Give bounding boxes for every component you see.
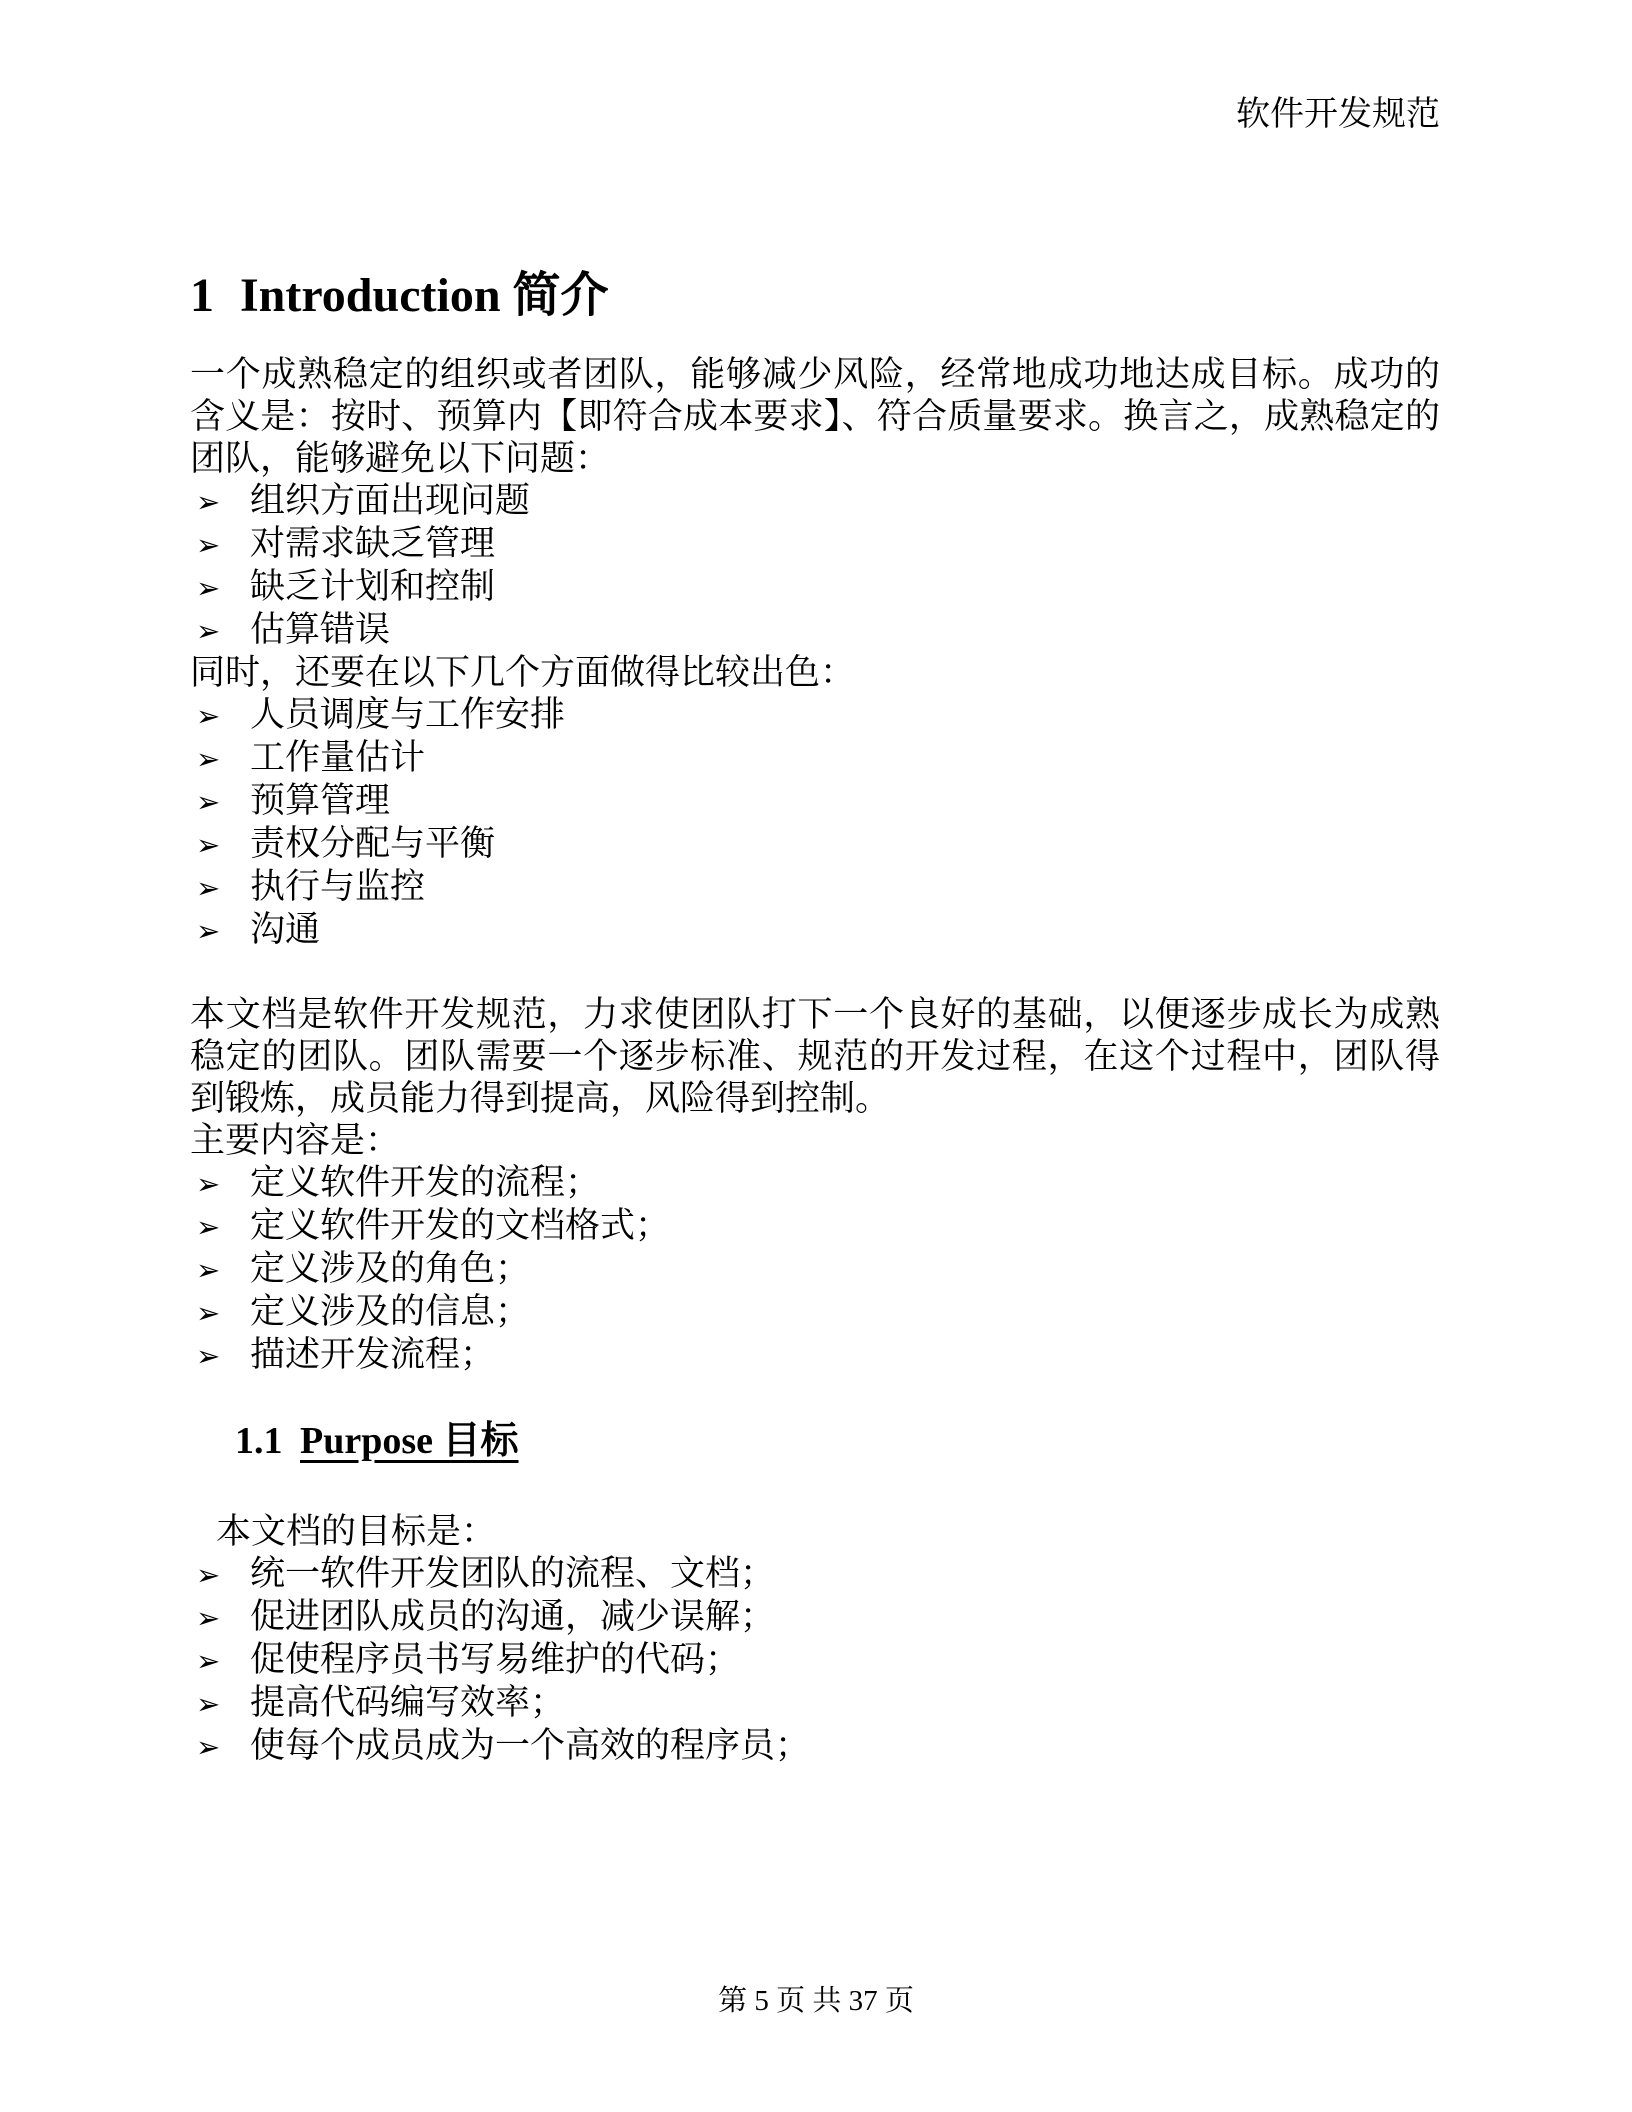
list-item-text: 统一软件开发团队的流程、文档； (250, 1553, 775, 1595)
list-item: ➢ 描述开发流程； (190, 1334, 1440, 1377)
list-item-text: 定义软件开发的文档格式； (250, 1205, 670, 1247)
list-item-text: 提高代码编写效率； (250, 1682, 565, 1724)
arrow-bullet-icon: ➢ (190, 567, 250, 609)
list-item: ➢ 对需求缺乏管理 (190, 523, 1440, 566)
arrow-bullet-icon: ➢ (190, 1554, 250, 1596)
list-item-text: 定义涉及的角色； (250, 1248, 530, 1290)
arrow-bullet-icon: ➢ (190, 610, 250, 652)
intro-also-line: 同时，还要在以下几个方面做得比较出色： (190, 652, 1440, 694)
arrow-bullet-icon: ➢ (190, 1206, 250, 1248)
contents-list: ➢ 定义软件开发的流程； ➢ 定义软件开发的文档格式； ➢ 定义涉及的角色； ➢… (190, 1162, 1440, 1377)
list-item: ➢ 缺乏计划和控制 (190, 566, 1440, 609)
list-item-text: 执行与监控 (250, 866, 425, 908)
list-item: ➢ 预算管理 (190, 780, 1440, 823)
heading2-title: Purpose 目标 (300, 1420, 519, 1462)
list-item-text: 预算管理 (250, 780, 390, 822)
list-item-text: 促使程序员书写易维护的代码； (250, 1639, 740, 1681)
list-item-text: 缺乏计划和控制 (250, 566, 495, 608)
list-item: ➢ 责权分配与平衡 (190, 823, 1440, 866)
list-item: ➢ 组织方面出现问题 (190, 480, 1440, 523)
page-number-label: 第 5 页 共 37 页 (718, 1985, 914, 2017)
section-heading-1: 1Introduction 简介 (190, 268, 1440, 324)
list-item-text: 估算错误 (250, 609, 390, 651)
list-item: ➢ 统一软件开发团队的流程、文档； (190, 1553, 1440, 1596)
arrow-bullet-icon: ➢ (190, 1292, 250, 1334)
list-item-text: 沟通 (250, 909, 320, 951)
list-item: ➢ 使每个成员成为一个高效的程序员； (190, 1725, 1440, 1768)
goals-list: ➢ 统一软件开发团队的流程、文档； ➢ 促进团队成员的沟通，减少误解； ➢ 促使… (190, 1553, 1440, 1768)
list-item: ➢ 定义涉及的信息； (190, 1291, 1440, 1334)
list-item: ➢ 定义涉及的角色； (190, 1248, 1440, 1291)
list-item: ➢ 促使程序员书写易维护的代码； (190, 1639, 1440, 1682)
list-item-text: 使每个成员成为一个高效的程序员； (250, 1725, 810, 1767)
list-item-text: 定义涉及的信息； (250, 1291, 530, 1333)
arrow-bullet-icon: ➢ (190, 1335, 250, 1377)
purpose-lead-line: 本文档的目标是： (190, 1511, 1440, 1553)
arrow-bullet-icon: ➢ (190, 910, 250, 952)
list-item: ➢ 定义软件开发的流程； (190, 1162, 1440, 1205)
arrow-bullet-icon: ➢ (190, 824, 250, 866)
list-item-text: 促进团队成员的沟通，减少误解； (250, 1596, 775, 1638)
list-item-text: 对需求缺乏管理 (250, 523, 495, 565)
list-item: ➢ 人员调度与工作安排 (190, 694, 1440, 737)
heading1-title: Introduction 简介 (240, 269, 609, 322)
list-item-text: 描述开发流程； (250, 1334, 495, 1376)
list-item: ➢ 提高代码编写效率； (190, 1682, 1440, 1725)
list-item: ➢ 估算错误 (190, 609, 1440, 652)
list-item-text: 工作量估计 (250, 737, 425, 779)
arrow-bullet-icon: ➢ (190, 738, 250, 780)
arrow-bullet-icon: ➢ (190, 781, 250, 823)
arrow-bullet-icon: ➢ (190, 481, 250, 523)
excel-areas-list: ➢ 人员调度与工作安排 ➢ 工作量估计 ➢ 预算管理 ➢ 责权分配与平衡 ➢ 执… (190, 694, 1440, 952)
intro-paragraph-2: 本文档是软件开发规范，力求使团队打下一个良好的基础，以便逐步成长为成熟稳定的团队… (190, 994, 1440, 1120)
document-page: 软件开发规范 1Introduction 简介 一个成熟稳定的组织或者团队，能够… (0, 0, 1632, 2112)
arrow-bullet-icon: ➢ (190, 1163, 250, 1205)
arrow-bullet-icon: ➢ (190, 1249, 250, 1291)
heading2-number: 1.1 (235, 1415, 300, 1467)
heading1-number: 1 (190, 268, 240, 324)
list-item: ➢ 沟通 (190, 909, 1440, 952)
arrow-bullet-icon: ➢ (190, 1726, 250, 1768)
page-header-title: 软件开发规范 (1236, 96, 1440, 133)
list-item: ➢ 促进团队成员的沟通，减少误解； (190, 1596, 1440, 1639)
arrow-bullet-icon: ➢ (190, 524, 250, 566)
section-heading-1-1: 1.1Purpose 目标 (235, 1415, 1440, 1467)
list-item-text: 组织方面出现问题 (250, 480, 530, 522)
problems-list: ➢ 组织方面出现问题 ➢ 对需求缺乏管理 ➢ 缺乏计划和控制 ➢ 估算错误 (190, 480, 1440, 652)
list-item: ➢ 定义软件开发的文档格式； (190, 1205, 1440, 1248)
arrow-bullet-icon: ➢ (190, 1683, 250, 1725)
list-item: ➢ 执行与监控 (190, 866, 1440, 909)
list-item-text: 定义软件开发的流程； (250, 1162, 600, 1204)
list-item: ➢ 工作量估计 (190, 737, 1440, 780)
list-item-text: 人员调度与工作安排 (250, 694, 565, 736)
list-item-text: 责权分配与平衡 (250, 823, 495, 865)
intro-paragraph-1: 一个成熟稳定的组织或者团队，能够减少风险，经常地成功地达成目标。成功的含义是：按… (190, 354, 1440, 480)
arrow-bullet-icon: ➢ (190, 867, 250, 909)
arrow-bullet-icon: ➢ (190, 695, 250, 737)
page-header: 软件开发规范 (190, 94, 1440, 136)
contents-lead-line: 主要内容是： (190, 1120, 1440, 1162)
page-footer: 第 5 页 共 37 页 (0, 1983, 1632, 2019)
arrow-bullet-icon: ➢ (190, 1597, 250, 1639)
arrow-bullet-icon: ➢ (190, 1640, 250, 1682)
